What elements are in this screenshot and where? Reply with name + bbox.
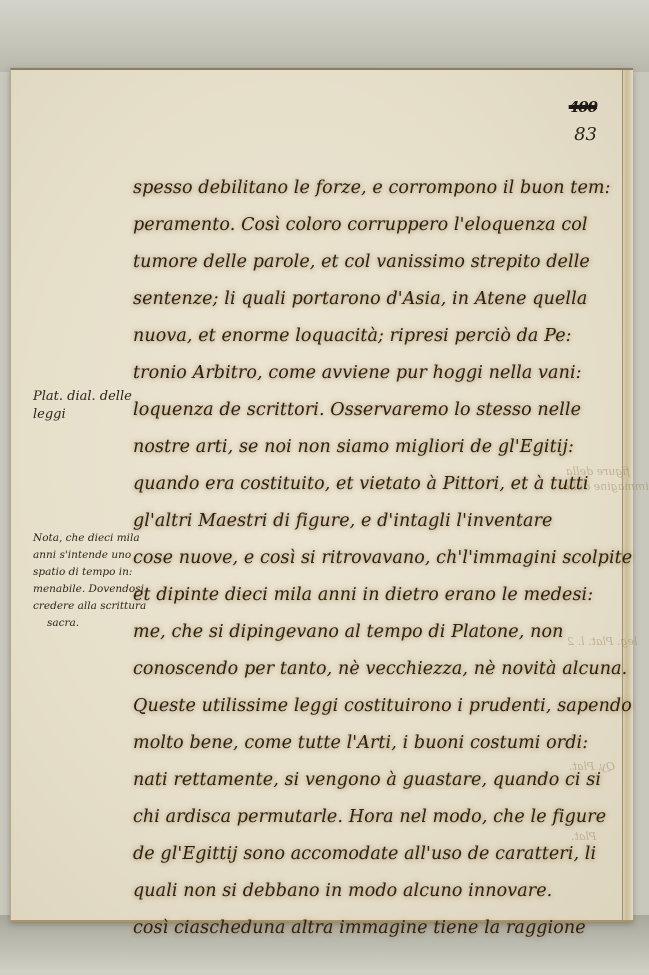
scanner-background-top [0,0,649,72]
text-line: et dipinte dieci mila anni in dietro era… [133,577,533,614]
margin-note-line: Nota, che dieci mila [33,530,143,547]
text-line: tronio Arbitro, come avviene pur hoggi n… [133,355,533,392]
show-through-text: leg. Plat. l. 2 [567,635,637,648]
text-line: me, che si dipingevano al tempo di Plato… [133,614,533,651]
margin-note-line: spatio di tempo in: [33,564,143,581]
margin-note-line: sacra. [33,615,143,632]
text-line: nostre arti, se noi non siamo migliori d… [133,429,533,466]
text-line: quando era costituito, et vietato à Pitt… [133,466,533,503]
text-line: tumore delle parole, et col vanissimo st… [133,244,533,281]
manuscript-page: figure della immagine della leg. Plat. l… [10,68,633,922]
show-through-text: Plat. [571,830,596,843]
text-line: Queste utilissime leggi costituirono i p… [133,688,533,725]
margin-note-ten-thousand-years: Nota, che dieci mila anni s'intende uno … [33,530,143,632]
text-line: gl'altri Maestri di figure, e d'intagli … [133,503,533,540]
margin-note-line: menabile. Dovendosi [33,581,143,598]
text-line: nati rettamente, si vengono à guastare, … [133,762,533,799]
text-line: così ciascheduna altra immagine tiene la… [133,910,533,947]
text-line: de gl'Egittij sono accomodate all'uso de… [133,836,533,873]
text-line: peramento. Così coloro corruppero l'eloq… [133,207,533,244]
text-line: conoscendo per tanto, nè vecchiezza, nè … [133,651,533,688]
margin-note-line: credere alla scrittura [33,598,143,615]
margin-note-line: Plat. dial. delle [33,388,138,406]
folio-number-block: 4​00 83 [569,98,597,145]
text-line: chi ardisca permutarle. Hora nel modo, c… [133,799,533,836]
text-line: molto bene, come tutte l'Arti, i buoni c… [133,725,533,762]
page-gutter-edge [622,70,633,920]
margin-note-plato-reference: Plat. dial. delle leggi [33,388,138,424]
text-line: spesso debilitano le forze, e corrompono… [133,170,533,207]
margin-note-line: leggi [33,406,138,424]
text-line: cose nuove, e così si ritrovavano, ch'l'… [133,540,533,577]
folio-number: 83 [569,124,597,145]
text-line: sentenze; li quali portarono d'Asia, in … [133,281,533,318]
margin-note-line: anni s'intende uno [33,547,143,564]
struck-folio-number: 4​00 [569,98,597,116]
text-line: quali non si debbano in modo alcuno inno… [133,873,533,910]
text-line: loquenza de scrittori. Osservaremo lo st… [133,392,533,429]
main-text-block: spesso debilitano le forze, e corrompono… [133,170,533,947]
text-line: nuova, et enorme loquacità; ripresi perc… [133,318,533,355]
